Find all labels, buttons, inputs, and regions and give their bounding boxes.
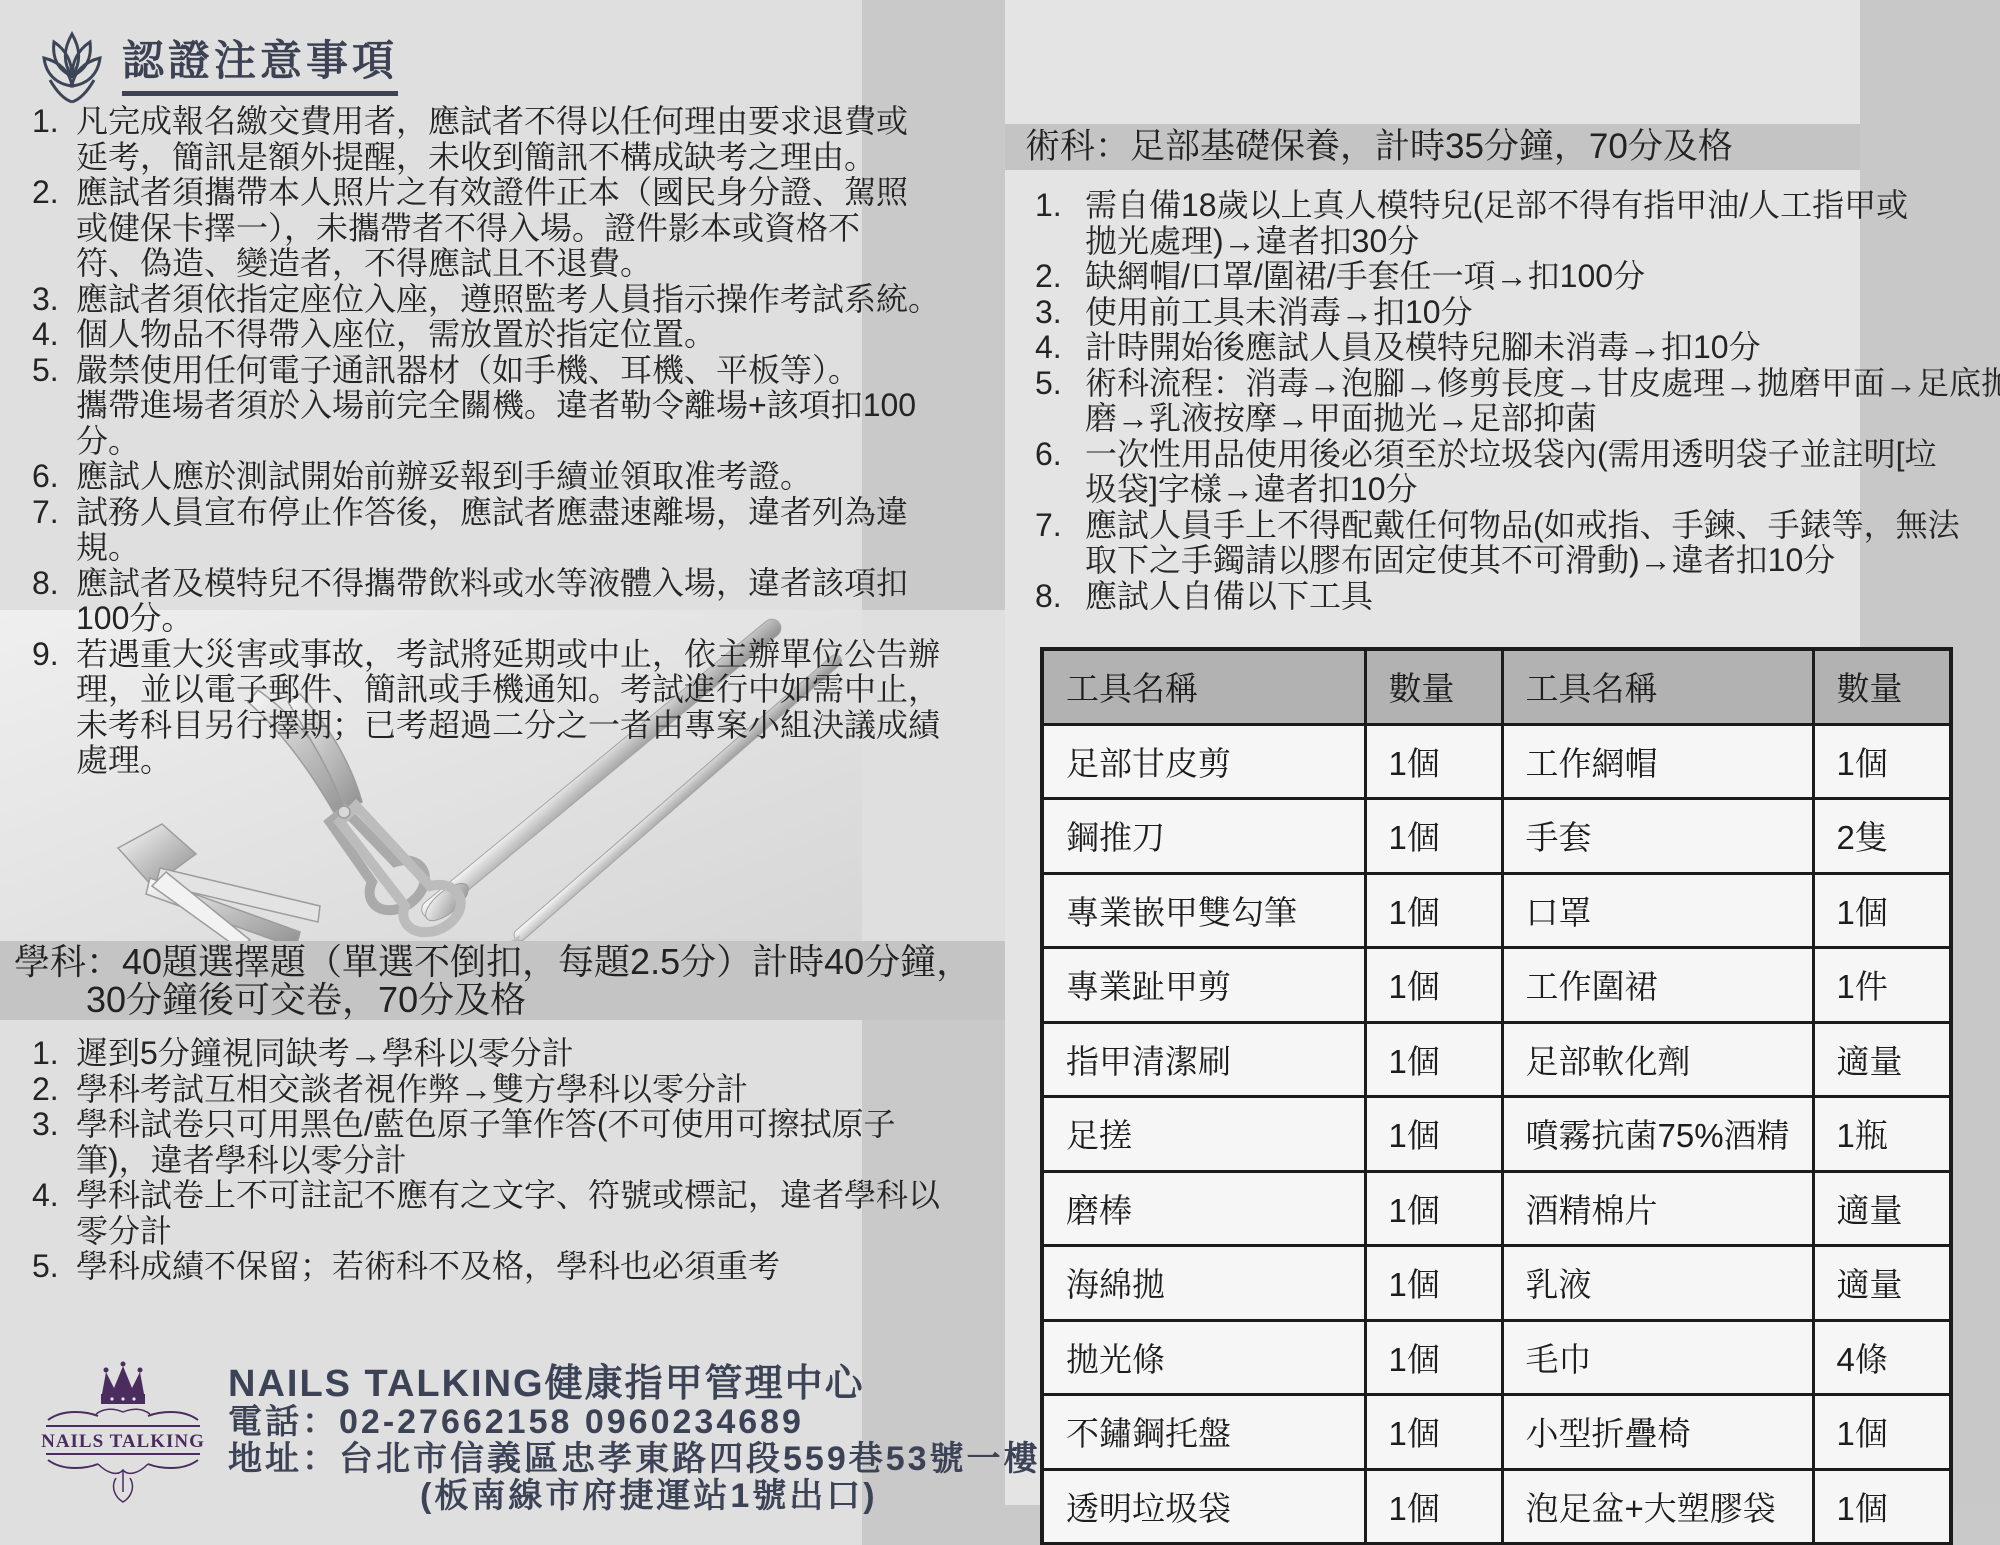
table-header-row: 工具名稱數量工具名稱數量 [1042, 649, 1951, 724]
rule-number: 4. [1035, 330, 1077, 366]
tool-qty-cell: 4條 [1813, 1320, 1951, 1395]
tool-qty-cell: 1個 [1813, 1469, 1951, 1544]
rule-number: 3. [1035, 295, 1077, 331]
rule-number: 5. [32, 1249, 74, 1285]
nails-talking-logo: NAILS TALKING [38, 1358, 208, 1510]
rule-text: 嚴禁使用任何電子通訊器材（如手機、耳機、平板等）。 攜帶進場者須於入場前完全關機… [76, 352, 916, 459]
written-exam-rule: 2.學科考試互相交談者視作弊→雙方學科以零分計 [32, 1072, 940, 1108]
certification-rule: 9.若遇重大災害或事故，考試將延期或中止，依主辦單位公告辦 理，並以電子郵件、簡… [32, 637, 940, 779]
tool-qty-cell: 1個 [1365, 799, 1502, 874]
table-row: 鋼推刀1個手套2隻 [1042, 799, 1951, 874]
tool-name-cell: 工作圍裙 [1502, 948, 1813, 1023]
rule-number: 8. [1035, 579, 1077, 615]
practical-exam-rule: 1.需自備18歲以上真人模特兒(足部不得有指甲油/人工指甲或 拋光處理)→違者扣… [1035, 188, 2000, 259]
written-exam-rules-list: 1.遲到5分鐘視同缺考→學科以零分計2.學科考試互相交談者視作弊→雙方學科以零分… [32, 1036, 940, 1285]
table-row: 專業嵌甲雙勾筆1個口罩1個 [1042, 873, 1951, 948]
rule-number: 2. [32, 175, 74, 211]
rule-text: 計時開始後應試人員及模特兒腳未消毒→扣10分 [1085, 329, 1761, 365]
rule-text: 一次性用品使用後必須至於垃圾袋內(需用透明袋子並註明[垃 圾袋]字樣→違者扣10… [1085, 436, 1937, 508]
practical-exam-rule: 2.缺網帽/口罩/圍裙/手套任一項→扣100分 [1035, 259, 2000, 295]
tool-qty-cell: 1個 [1365, 1097, 1502, 1172]
table-row: 拋光條1個毛巾4條 [1042, 1320, 1951, 1395]
rule-text: 學科考試互相交談者視作弊→雙方學科以零分計 [76, 1071, 748, 1107]
tool-name-cell: 足搓 [1042, 1097, 1365, 1172]
certification-rule: 7.試務人員宣布停止作答後，應試者應盡速離場，違者列為違 規。 [32, 495, 940, 566]
rule-number: 1. [32, 104, 74, 140]
rule-text: 個人物品不得帶入座位，需放置於指定位置。 [76, 316, 716, 352]
practical-exam-rule: 7.應試人員手上不得配戴任何物品(如戒指、手鍊、手錶等，無法 取下之手鐲請以膠布… [1035, 508, 2000, 579]
rule-number: 7. [1035, 508, 1077, 544]
practical-exam-rule: 5.術科流程：消毒→泡腳→修剪長度→甘皮處理→拋磨甲面→足底拋 磨→乳液按摩→甲… [1035, 366, 2000, 437]
tool-name-cell: 專業嵌甲雙勾筆 [1042, 873, 1365, 948]
written-exam-rule: 4.學科試卷上不可註記不應有之文字、符號或標記，違者學科以 零分計 [32, 1178, 940, 1249]
tool-qty-cell: 1個 [1365, 873, 1502, 948]
written-exam-rule: 3.學科試卷只可用黑色/藍色原子筆作答(不可使用可擦拭原子 筆)，違者學科以零分… [32, 1107, 940, 1178]
certification-rule: 6.應試人應於測試開始前辦妥報到手續並領取准考證。 [32, 459, 940, 495]
rule-number: 3. [32, 282, 74, 318]
rule-text: 學科成績不保留；若術科不及格，學科也必須重考 [76, 1248, 780, 1284]
certification-rule: 2.應試者須攜帶本人照片之有效證件正本（國民身分證、駕照 或健保卡擇一），未攜帶… [32, 175, 940, 282]
tool-name-cell: 泡足盆+大塑膠袋 [1502, 1469, 1813, 1544]
tool-qty-cell: 1個 [1365, 1171, 1502, 1246]
tool-name-cell: 鋼推刀 [1042, 799, 1365, 874]
tool-qty-cell: 1瓶 [1813, 1097, 1951, 1172]
tool-name-cell: 磨棒 [1042, 1171, 1365, 1246]
table-header-cell: 數量 [1365, 649, 1502, 724]
table-row: 不鏽鋼托盤1個小型折疊椅1個 [1042, 1395, 1951, 1470]
tool-qty-cell: 1個 [1365, 1246, 1502, 1321]
tool-qty-cell: 1個 [1813, 873, 1951, 948]
rule-text: 需自備18歲以上真人模特兒(足部不得有指甲油/人工指甲或 拋光處理)→違者扣30… [1085, 187, 1908, 259]
tool-qty-cell: 1個 [1813, 1395, 1951, 1470]
mrt-exit-line: (板南線市府捷運站1號出口) [228, 1478, 1041, 1515]
rule-number: 4. [32, 1178, 74, 1214]
rule-text: 應試人應於測試開始前辦妥報到手續並領取准考證。 [76, 458, 812, 494]
tool-name-cell: 手套 [1502, 799, 1813, 874]
certification-rule: 3.應試者須依指定座位入座，遵照監考人員指示操作考試系統。 [32, 282, 940, 318]
logo-wordmark: NAILS TALKING [41, 1431, 205, 1452]
table-header-cell: 數量 [1813, 649, 1951, 724]
practical-exam-rule: 4.計時開始後應試人員及模特兒腳未消毒→扣10分 [1035, 330, 2000, 366]
rule-number: 4. [32, 317, 74, 353]
rule-text: 凡完成報名繳交費用者，應試者不得以任何理由要求退費或 延考，簡訊是額外提醒，未收… [76, 103, 908, 175]
table-row: 專業趾甲剪1個工作圍裙1件 [1042, 948, 1951, 1023]
certification-notice-page: 認證注意事項 1.凡完成報名繳交費用者，應試者不得以任何理由要求退費或 延考，簡… [0, 0, 2000, 1545]
page-title: 認證注意事項 [122, 38, 398, 95]
table-row: 透明垃圾袋1個泡足盆+大塑膠袋1個 [1042, 1469, 1951, 1544]
tool-name-cell: 專業趾甲剪 [1042, 948, 1365, 1023]
tools-table-body: 足部甘皮剪1個工作網帽1個鋼推刀1個手套2隻專業嵌甲雙勾筆1個口罩1個專業趾甲剪… [1042, 724, 1951, 1544]
required-tools-table: 工具名稱數量工具名稱數量 足部甘皮剪1個工作網帽1個鋼推刀1個手套2隻專業嵌甲雙… [1040, 647, 1953, 1545]
table-row: 磨棒1個酒精棉片適量 [1042, 1171, 1951, 1246]
tool-name-cell: 透明垃圾袋 [1042, 1469, 1365, 1544]
rule-number: 5. [32, 353, 74, 389]
tool-name-cell: 足部甘皮剪 [1042, 724, 1365, 799]
practical-exam-title: 術科：足部基礎保養，計時35分鐘，70分及格 [1005, 124, 1860, 170]
tool-name-cell: 拋光條 [1042, 1320, 1365, 1395]
practical-exam-rule: 3.使用前工具未消毒→扣10分 [1035, 295, 2000, 331]
table-row: 海綿拋1個乳液適量 [1042, 1246, 1951, 1321]
rule-text: 試務人員宣布停止作答後，應試者應盡速離場，違者列為違 規。 [76, 494, 908, 566]
certification-rule: 1.凡完成報名繳交費用者，應試者不得以任何理由要求退費或 延考，簡訊是額外提醒，… [32, 104, 940, 175]
written-exam-rule: 5.學科成績不保留；若術科不及格，學科也必須重考 [32, 1249, 940, 1285]
phone-line: 電話：02-27662158 0960234689 [228, 1404, 1041, 1441]
written-exam-title-line1: 學科：40題選擇題（單選不倒扣，每題2.5分）計時40分鐘， [0, 943, 1005, 981]
rule-text: 缺網帽/口罩/圍裙/手套任一項→扣100分 [1085, 258, 1645, 294]
tool-qty-cell: 2隻 [1813, 799, 1951, 874]
certification-rules-list: 1.凡完成報名繳交費用者，應試者不得以任何理由要求退費或 延考，簡訊是額外提醒，… [32, 104, 940, 779]
rule-text: 應試人員手上不得配戴任何物品(如戒指、手鍊、手錶等，無法 取下之手鐲請以膠布固定… [1085, 507, 1960, 579]
written-exam-rule: 1.遲到5分鐘視同缺考→學科以零分計 [32, 1036, 940, 1072]
practical-exam-rule: 6.一次性用品使用後必須至於垃圾袋內(需用透明袋子並註明[垃 圾袋]字樣→違者扣… [1035, 437, 2000, 508]
tool-name-cell: 足部軟化劑 [1502, 1022, 1813, 1097]
table-row: 足部甘皮剪1個工作網帽1個 [1042, 724, 1951, 799]
tool-name-cell: 毛巾 [1502, 1320, 1813, 1395]
tool-name-cell: 噴霧抗菌75%酒精 [1502, 1097, 1813, 1172]
rule-text: 應試者及模特兒不得攜帶飲料或水等液體入場，違者該項扣 100分。 [76, 565, 908, 637]
tool-name-cell: 海綿拋 [1042, 1246, 1365, 1321]
practical-exam-rule: 8.應試人自備以下工具 [1035, 579, 2000, 615]
tool-name-cell: 酒精棉片 [1502, 1171, 1813, 1246]
lotus-icon [40, 28, 104, 106]
address-line: 地址：台北市信義區忠孝東路四段559巷53號一樓 [228, 1441, 1041, 1478]
rule-text: 使用前工具未消毒→扣10分 [1085, 294, 1473, 330]
rule-text: 學科試卷只可用黑色/藍色原子筆作答(不可使用可擦拭原子 筆)，違者學科以零分計 [76, 1106, 896, 1178]
rule-number: 9. [32, 637, 74, 673]
tool-qty-cell: 1個 [1365, 948, 1502, 1023]
tool-name-cell: 不鏽鋼托盤 [1042, 1395, 1365, 1470]
rule-number: 7. [32, 495, 74, 531]
tools-table-header: 工具名稱數量工具名稱數量 [1042, 649, 1951, 724]
practical-exam-header: 術科：足部基礎保養，計時35分鐘，70分及格 [1005, 124, 1860, 170]
rule-number: 5. [1035, 366, 1077, 402]
tool-qty-cell: 1個 [1365, 1469, 1502, 1544]
rule-number: 6. [32, 459, 74, 495]
crown-icon [101, 1362, 145, 1405]
tool-qty-cell: 1個 [1365, 1320, 1502, 1395]
certification-header: 認證注意事項 [40, 28, 398, 106]
tool-qty-cell: 1個 [1365, 1022, 1502, 1097]
contact-block: NAILS TALKING健康指甲管理中心 電話：02-27662158 096… [228, 1364, 1041, 1515]
certification-rule: 4.個人物品不得帶入座位，需放置於指定位置。 [32, 317, 940, 353]
certification-rule: 8.應試者及模特兒不得攜帶飲料或水等液體入場，違者該項扣 100分。 [32, 566, 940, 637]
rule-text: 應試人自備以下工具 [1085, 578, 1373, 614]
tool-name-cell: 工作網帽 [1502, 724, 1813, 799]
tool-qty-cell: 1件 [1813, 948, 1951, 1023]
rule-text: 若遇重大災害或事故，考試將延期或中止，依主辦單位公告辦 理，並以電子郵件、簡訊或… [76, 636, 940, 779]
rule-text: 應試者須攜帶本人照片之有效證件正本（國民身分證、駕照 或健保卡擇一），未攜帶者不… [76, 174, 908, 281]
rule-text: 應試者須依指定座位入座，遵照監考人員指示操作考試系統。 [76, 281, 940, 317]
table-header-cell: 工具名稱 [1502, 649, 1813, 724]
rule-number: 8. [32, 566, 74, 602]
rule-number: 2. [1035, 259, 1077, 295]
practical-exam-rules-list: 1.需自備18歲以上真人模特兒(足部不得有指甲油/人工指甲或 拋光處理)→違者扣… [1035, 188, 2000, 614]
tool-qty-cell: 1個 [1813, 724, 1951, 799]
written-exam-title-line2: 30分鐘後可交卷，70分及格 [0, 981, 1005, 1019]
rule-number: 2. [32, 1072, 74, 1108]
rule-number: 3. [32, 1107, 74, 1143]
rule-text: 術科流程：消毒→泡腳→修剪長度→甘皮處理→拋磨甲面→足底拋 磨→乳液按摩→甲面拋… [1085, 365, 2000, 437]
tool-name-cell: 口罩 [1502, 873, 1813, 948]
table-row: 指甲清潔刷1個足部軟化劑適量 [1042, 1022, 1951, 1097]
tool-qty-cell: 適量 [1813, 1022, 1951, 1097]
tool-qty-cell: 適量 [1813, 1171, 1951, 1246]
rule-text: 學科試卷上不可註記不應有之文字、符號或標記，違者學科以 零分計 [76, 1177, 940, 1249]
table-row: 足搓1個噴霧抗菌75%酒精1瓶 [1042, 1097, 1951, 1172]
tool-name-cell: 乳液 [1502, 1246, 1813, 1321]
tool-qty-cell: 1個 [1365, 1395, 1502, 1470]
rule-number: 6. [1035, 437, 1077, 473]
company-name: NAILS TALKING健康指甲管理中心 [228, 1364, 1041, 1404]
tool-qty-cell: 適量 [1813, 1246, 1951, 1321]
tool-qty-cell: 1個 [1365, 724, 1502, 799]
rule-text: 遲到5分鐘視同缺考→學科以零分計 [76, 1035, 574, 1071]
written-exam-header: 學科：40題選擇題（單選不倒扣，每題2.5分）計時40分鐘， 30分鐘後可交卷，… [0, 941, 1005, 1020]
table-header-cell: 工具名稱 [1042, 649, 1365, 724]
rule-number: 1. [32, 1036, 74, 1072]
rule-number: 1. [1035, 188, 1077, 224]
tool-name-cell: 小型折疊椅 [1502, 1395, 1813, 1470]
tool-name-cell: 指甲清潔刷 [1042, 1022, 1365, 1097]
certification-rule: 5.嚴禁使用任何電子通訊器材（如手機、耳機、平板等）。 攜帶進場者須於入場前完全… [32, 353, 940, 460]
